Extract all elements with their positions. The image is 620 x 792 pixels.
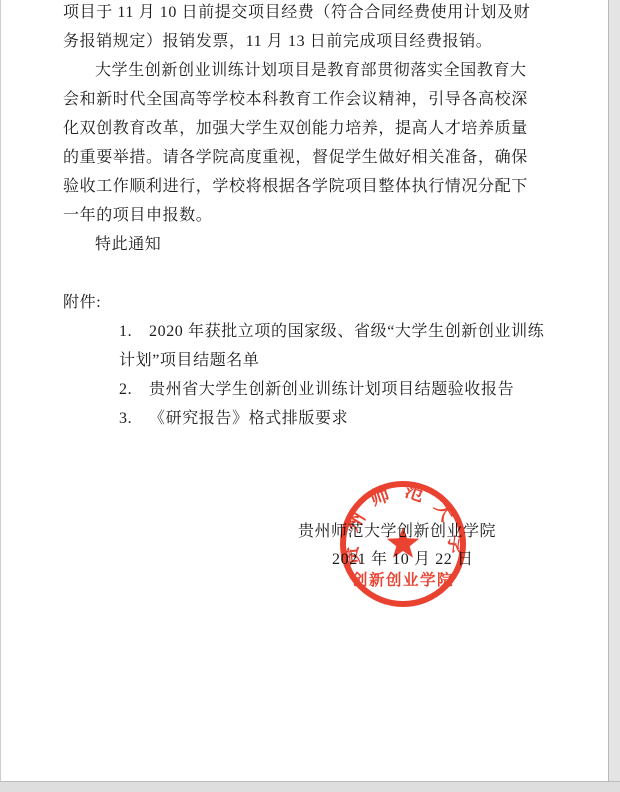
attachments-label: 附件:: [63, 288, 101, 317]
attachment-item-text: 2020 年获批立项的国家级、省级“大学生创新创业训练: [149, 323, 544, 340]
body-line: 的重要举措。请各学院高度重视，督促学生做好相关准备，确保: [63, 143, 528, 172]
svg-text:贵州师范大学: 贵州师范大学: [338, 478, 469, 567]
body-line: 一年的项目申报数。: [63, 201, 212, 230]
attachment-item-number: 3.: [119, 404, 149, 433]
seal-star-icon: [387, 527, 419, 558]
viewer-background-right: [608, 0, 620, 792]
official-seal: 贵州师范大学 创新创业学院: [323, 464, 483, 624]
body-line: 大学生创新创业训练计划项目是教育部贯彻落实全国教育大: [95, 56, 527, 85]
body-line: 项目于 11 月 10 日前提交项目经费（符合合同经费使用计划及财: [63, 0, 530, 27]
attachment-item-text: 《研究报告》格式排版要求: [149, 410, 348, 427]
body-line: 验收工作顺利进行，学校将根据各学院项目整体执行情况分配下: [63, 172, 528, 201]
attachment-item-line: 2.贵州省大学生创新创业训练计划项目结题验收报告: [119, 375, 514, 404]
attachment-item-number: 2.: [119, 375, 149, 404]
attachment-item-number: 1.: [119, 317, 149, 346]
attachment-item-text: 贵州省大学生创新创业训练计划项目结题验收报告: [149, 381, 514, 398]
seal-bottom-text: 创新创业学院: [351, 570, 454, 589]
attachment-item-line: 3.《研究报告》格式排版要求: [119, 404, 348, 433]
body-line: 化双创教育改革，加强大学生双创能力培养，提高人才培养质量: [63, 114, 528, 143]
body-line: 务报销规定）报销发票，11 月 13 日前完成项目经费报销。: [63, 27, 492, 56]
attachment-item-line: 1.2020 年获批立项的国家级、省级“大学生创新创业训练: [119, 317, 544, 346]
document-page: 项目于 11 月 10 日前提交项目经费（符合合同经费使用计划及财 务报销规定）…: [0, 0, 608, 781]
attachment-item-text: 计划”项目结题名单: [119, 352, 260, 369]
viewer-background-bottom: [0, 781, 620, 792]
closing-phrase: 特此通知: [95, 230, 161, 259]
attachment-item-line: 计划”项目结题名单: [119, 346, 260, 375]
seal-arc-text: 贵州师范大学: [338, 478, 469, 567]
body-line: 会和新时代全国高等学校本科教育工作会议精神，引导各高校深: [63, 85, 528, 114]
